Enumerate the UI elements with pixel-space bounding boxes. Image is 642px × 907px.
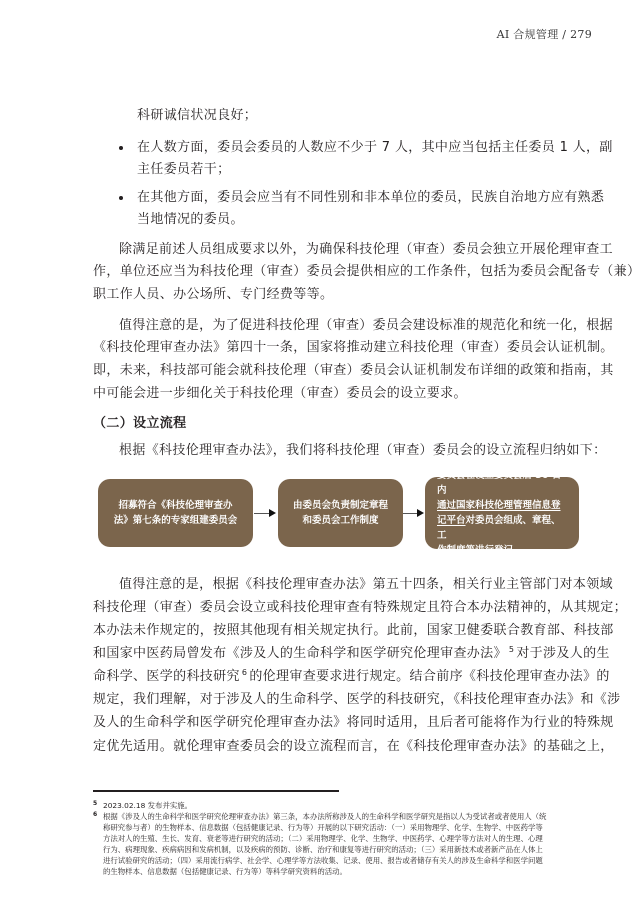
paragraph-2-line-4: 中可能会进一步细化关于科技伦理（审查）委员会的设立要求。 bbox=[93, 384, 590, 404]
bullet-item-1-line-2: 主任委员若干； bbox=[137, 160, 634, 180]
bullet-item-2-line-2: 当地情况的委员。 bbox=[137, 210, 634, 230]
flow-step-3-line-1: 委员会在设立委员会后 30 日内 bbox=[437, 468, 569, 498]
bullet-item-1-line-1: 在人数方面，委员会委员的人数应不少于 7 人，其中应当包括主任委员 1 人，副 bbox=[137, 138, 590, 158]
flow-step-1-line-1: 招募符合《科技伦理审查办 bbox=[114, 498, 238, 513]
footnote-6-line-2: 称研究参与者）的生物样本、信息数据（包括健康记录、行为等）开展的以下研究活动：（… bbox=[103, 822, 543, 833]
paragraph-4-line-5: 命科学、医学的科技研究6的伦理审查要求进行规定。结合前序《科技伦理审查办法》的 bbox=[93, 667, 590, 687]
paragraph-4-line-4-text: 和国家中医药局曾发布《涉及人的生命科学和医学研究伦理审查办法》 bbox=[93, 646, 507, 661]
paragraph-4-line-8: 定优先适用。就伦理审查委员会的设立流程而言，在《科技伦理审查办法》的基础之上， bbox=[93, 737, 590, 757]
running-header: AI 合规管理 / 279 bbox=[497, 26, 592, 42]
paragraph-2-line-3: 即，未来，科技部可能会就科技伦理（审查）委员会认证机制发布详细的政策和指南，其 bbox=[93, 361, 590, 381]
footnote-ref-6[interactable]: 6 bbox=[242, 668, 247, 677]
paragraph-4-line-4-text-end: 对于涉及人的生 bbox=[516, 646, 609, 661]
paragraph-4-line-2: 科技伦理（审查）委员会设立或科技伦理审查有特殊规定且符合本办法精神的，从其规定； bbox=[93, 598, 590, 618]
arrow-icon bbox=[254, 513, 274, 514]
paragraph-1-line-2: 作，单位还应当为科技伦理（审查）委员会提供相应的工作条件，包括为委员会配备专（兼… bbox=[93, 262, 590, 282]
paragraph-4-line-3: 本办法未作规定的，按照其他现有相关规定执行。此前，国家卫健委联合教育部、科技部 bbox=[93, 621, 590, 641]
footnote-6-line-3: 方法对人的生殖、生长、发育、衰老等进行研究的活动；（二）采用物理学、化学、生物学… bbox=[103, 833, 543, 844]
bullet-icon bbox=[119, 196, 123, 200]
paragraph-1-line-3: 职工作人员、办公场所、专门经费等等。 bbox=[93, 285, 590, 305]
footnote-5-mark: 5 bbox=[93, 798, 97, 809]
paragraph-3: 根据《科技伦理审查办法》，我们将科技伦理（审查）委员会的设立流程归纳如下： bbox=[119, 441, 616, 461]
flow-step-2: 由委员会负责制定章程 和委员会工作制度 bbox=[278, 479, 403, 547]
bullet-icon bbox=[119, 146, 123, 150]
footnote-6-line-6: 的生物样本、信息数据（包括健康记录、行为等）等科学研究资料的活动。 bbox=[103, 866, 347, 877]
paragraph-4-line-7: 及人的生命科学和医学研究伦理审查办法》将同时适用，且后者可能将作为行业的特殊规 bbox=[93, 713, 590, 733]
paragraph-2-line-1: 值得注意的是，为了促进科技伦理（审查）委员会建设标准的规范化和统一化，根据 bbox=[119, 316, 616, 336]
arrow-icon bbox=[403, 513, 422, 514]
footnote-6-line-4: 行为、病理现象、疾病病因和发病机制，以及疾病的预防、诊断、治疗和康复等进行研究的… bbox=[103, 844, 543, 855]
flow-step-3-platform-link: 通过国家科技伦理管理信息登 bbox=[437, 500, 561, 511]
bullet-continued-line: 科研诚信状况良好； bbox=[137, 106, 634, 126]
bullet-item-2-line-1: 在其他方面，委员会应当有不同性别和非本单位的委员，民族自治地方应有熟悉 bbox=[137, 188, 590, 208]
paragraph-4-line-6: 规定，我们理解，对于涉及人的生命科学、医学的科技研究，《科技伦理审查办法》和《涉 bbox=[93, 690, 590, 710]
footnote-6-line-5: 进行试验研究的活动；（四）采用流行病学、社会学、心理学等方法收集、记录、使用、报… bbox=[103, 855, 543, 866]
footnote-6-mark: 6 bbox=[93, 809, 97, 820]
footnote-6-line-1: 根据《涉及人的生命科学和医学研究伦理审查办法》第三条，本办法所称涉及人的生命科学… bbox=[103, 811, 546, 822]
footnote-divider bbox=[93, 790, 339, 792]
flow-step-2-line-2: 和委员会工作制度 bbox=[293, 513, 388, 528]
paragraph-4-line-5-text: 命科学、医学的科技研究 bbox=[93, 669, 240, 684]
flow-step-1: 招募符合《科技伦理审查办 法》第七条的专家组建委员会 bbox=[98, 479, 253, 547]
flow-step-1-line-2: 法》第七条的专家组建委员会 bbox=[114, 513, 238, 528]
flow-step-2-line-1: 由委员会负责制定章程 bbox=[293, 498, 388, 513]
section-heading: （二）设立流程 bbox=[93, 414, 590, 434]
footnote-ref-5[interactable]: 5 bbox=[509, 645, 514, 654]
paragraph-4-line-1: 值得注意的是，根据《科技伦理审查办法》第五十四条，相关行业主管部门对本领域 bbox=[119, 575, 616, 595]
flow-step-3-platform-link-cont: 记平台 bbox=[437, 515, 466, 526]
footnote-5-text: 2023.02.18 发布并实施。 bbox=[103, 800, 192, 811]
flow-step-3: 委员会在设立委员会后 30 日内 通过国家科技伦理管理信息登 记平台对委员会组成… bbox=[425, 477, 579, 549]
paragraph-2-line-2: 《科技伦理审查办法》第四十一条，国家将推动建立科技伦理（审查）委员会认证机制。 bbox=[93, 338, 590, 358]
paragraph-4-line-4: 和国家中医药局曾发布《涉及人的生命科学和医学研究伦理审查办法》5对于涉及人的生 bbox=[93, 644, 590, 664]
paragraph-1-line-1: 除满足前述人员组成要求以外，为确保科技伦理（审查）委员会独立开展伦理审查工 bbox=[119, 240, 616, 260]
flow-step-3-line-4: 作制度等进行登记 bbox=[437, 543, 569, 558]
paragraph-4-line-5-text-end: 的伦理审查要求进行规定。结合前序《科技伦理审查办法》的 bbox=[249, 669, 609, 684]
